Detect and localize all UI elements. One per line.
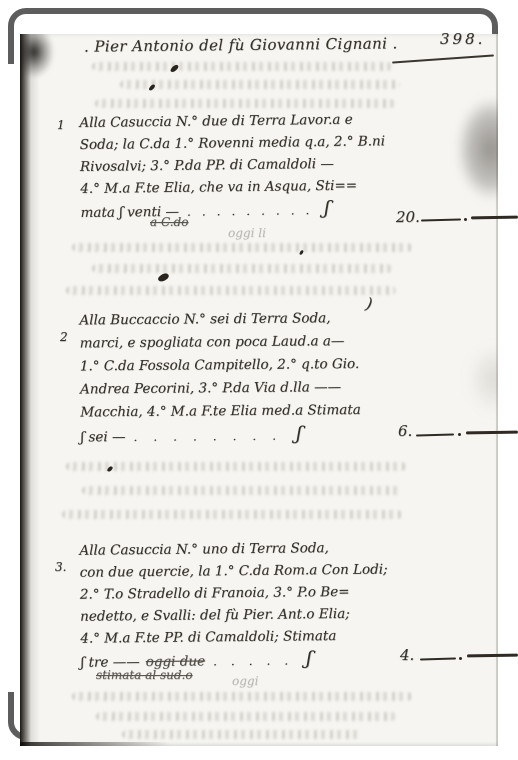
bleedthrough-line xyxy=(95,99,395,108)
entry-line: Soda; la C.da 1.° Rovenni media q.a, 2.°… xyxy=(80,130,410,156)
entry-sum-line: ʃ sei — ........ ʃ xyxy=(80,422,410,450)
bleedthrough-line xyxy=(62,510,402,519)
leader-dots: ......... xyxy=(187,199,321,223)
faded-note: oggi li xyxy=(228,226,266,240)
bleedthrough-line xyxy=(120,80,400,89)
page-number: 398. xyxy=(440,30,485,48)
frame-side-mask-left xyxy=(0,64,18,692)
struck-note: stimata al sud.o xyxy=(96,668,193,682)
entry-3-amount: 4. xyxy=(400,646,414,664)
bleedthrough-line xyxy=(96,712,396,721)
manuscript-scan-view: . Pier Antonio del fù Giovanni Cignani .… xyxy=(0,0,518,760)
page-title: . Pier Antonio del fù Giovanni Cignani . xyxy=(84,34,398,55)
bleedthrough-line xyxy=(66,286,396,295)
sum-text: ʃ sei — xyxy=(80,426,125,449)
frame-side-mask-right xyxy=(500,64,518,692)
bleedthrough-line xyxy=(82,486,402,495)
entry-line: 1.° C.da Fossola Campitello, 2.° q.to Gi… xyxy=(80,353,410,379)
entry-line: Andrea Pecorini, 3.° P.da Via d.lla —— xyxy=(80,376,410,402)
page-dark-edge xyxy=(20,34,31,746)
entry-1-amount: 20. xyxy=(396,208,420,226)
scudi-sign: ʃ xyxy=(323,197,331,219)
scudi-sign: ʃ xyxy=(305,647,313,669)
bleedthrough-line xyxy=(92,62,392,71)
faded-note: oggi xyxy=(232,674,258,688)
entry-2-amount: 6. xyxy=(398,422,412,440)
entry-line: Macchia, 4.° M.a F.te Elia med.a Stimata xyxy=(80,399,410,425)
amount-dot xyxy=(459,657,462,660)
bleedthrough-line xyxy=(66,462,406,471)
struck-note: a C.do xyxy=(150,215,188,229)
entry-line: marci, e spogliata con poca Laud.a a— xyxy=(80,330,410,356)
entry-2-text: Alla Buccaccio N.° sei di Terra Soda, ma… xyxy=(79,307,410,450)
corner-smudge xyxy=(20,34,54,78)
scudi-sign: ʃ xyxy=(295,422,303,445)
bleedthrough-line xyxy=(92,264,392,273)
bleedthrough-line xyxy=(122,730,362,739)
bottom-edge-shadow xyxy=(20,742,170,746)
ink-stain-top-right xyxy=(448,84,498,214)
bleedthrough-line xyxy=(72,243,412,252)
entry-2-number: 2 xyxy=(60,330,68,344)
amount-dot xyxy=(464,218,467,221)
entry-3-text: Alla Casuccia N.° uno di Terra Soda, con… xyxy=(79,536,410,673)
leader-dots: ........ xyxy=(133,425,292,449)
entry-line: con due quercie, la 1.° C.da Rom.a Con L… xyxy=(80,558,410,583)
bleedthrough-line xyxy=(72,692,412,701)
entry-3-number: 3. xyxy=(55,560,66,574)
entry-sum-line: mata ʃ venti — ......... ʃ xyxy=(80,196,410,224)
leader-dots: ..... xyxy=(213,649,302,672)
amount-dot xyxy=(458,433,461,436)
entry-1-text: Alla Casuccia N.° due di Terra Lavor.a e… xyxy=(79,108,410,224)
entry-line: Alla Buccaccio N.° sei di Terra Soda, xyxy=(79,307,409,333)
faint-stain-right xyxy=(460,334,498,424)
entry-1-number: 1 xyxy=(57,118,65,132)
